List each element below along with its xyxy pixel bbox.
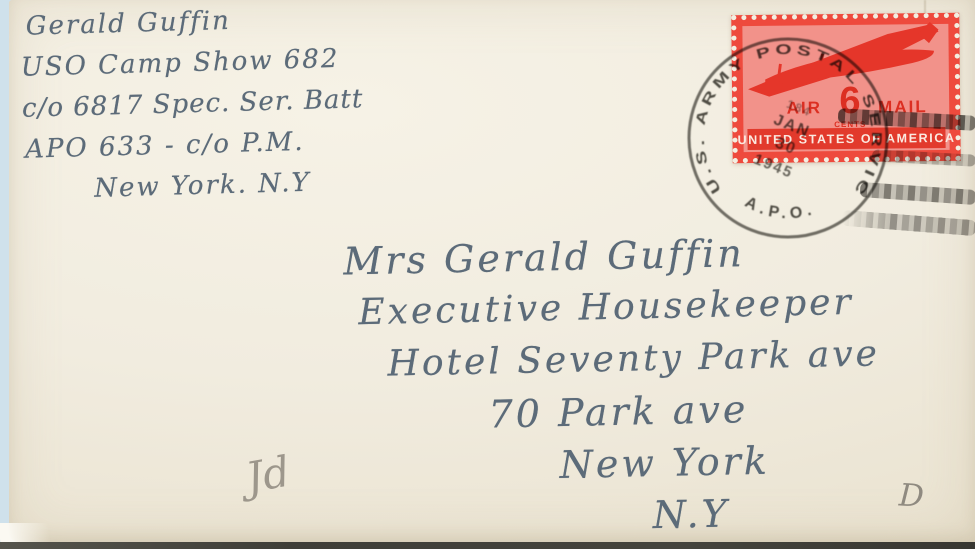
recipient-address-line: N.Y: [652, 484, 884, 541]
return-address-line: New York. N.Y: [94, 161, 366, 210]
postmark-day: 30: [773, 135, 800, 159]
recipient-address: Mrs Gerald Guffin Executive Housekeeper …: [335, 224, 884, 547]
postmark-date: 184 JAN 30 1945: [751, 93, 819, 182]
scan-bottom-edge: [0, 542, 975, 549]
recipient-address-line: New York: [559, 432, 883, 491]
pencil-letter-d: D: [898, 477, 925, 514]
recipient-address-line: 70 Park ave: [488, 380, 881, 440]
pencil-initials: Jd: [242, 447, 294, 503]
envelope-scan: Gerald Guffin USO Camp Show 682 c/o 6817…: [0, 0, 975, 549]
return-address: Gerald Guffin USO Camp Show 682 c/o 6817…: [19, 0, 366, 212]
recipient-address-line: Hotel Seventy Park ave: [387, 328, 880, 390]
svg-text:A.P.O.: A.P.O.: [742, 194, 818, 223]
postmark-apo-text: A.P.O.: [742, 194, 818, 223]
